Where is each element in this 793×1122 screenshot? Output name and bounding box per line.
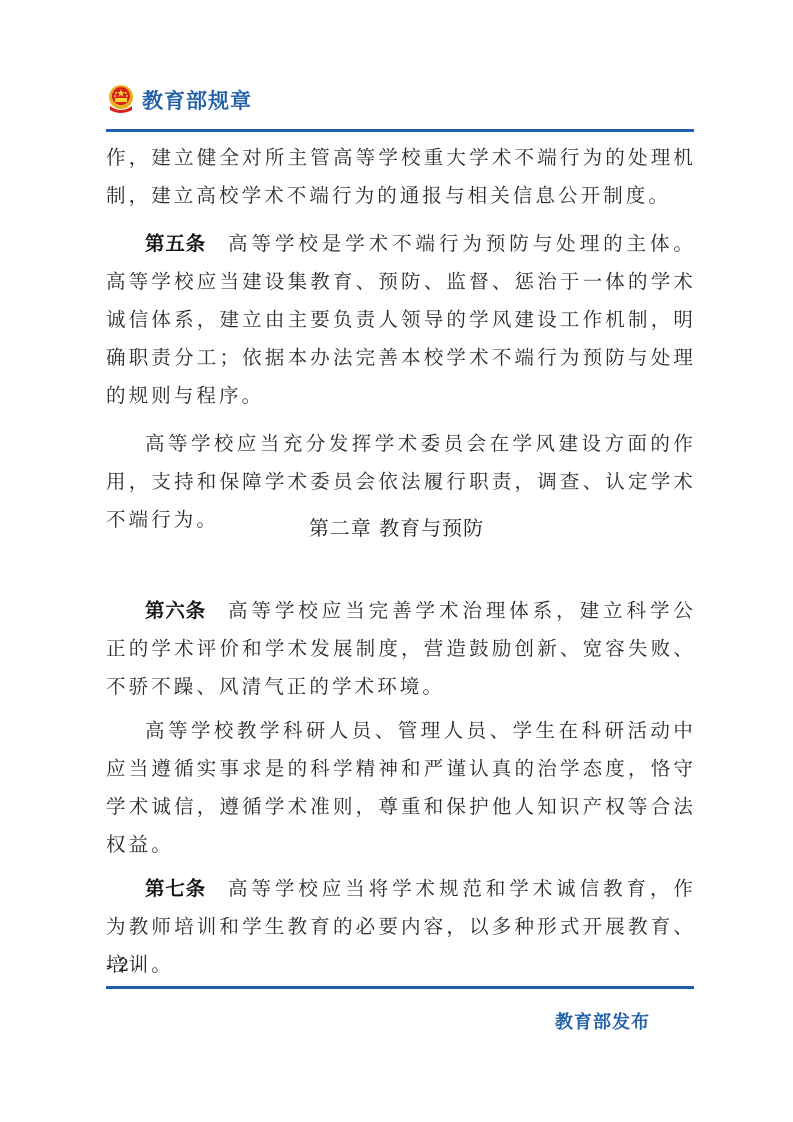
header-title: 教育部规章	[142, 85, 252, 115]
paragraph-continued: 作，建立健全对所主管高等学校重大学术不端行为的处理机制，建立高校学术不端行为的通…	[106, 139, 696, 215]
footer-publisher: 教育部发布	[555, 1008, 650, 1034]
page-number: - 2 -	[106, 955, 141, 976]
article-6-paragraph-2: 高等学校教学科研人员、管理人员、学生在科研活动中应当遵循实事求是的科学精神和严谨…	[106, 712, 696, 864]
article-5: 第五条高等学校是学术不端行为预防与处理的主体。高等学校应当建设集教育、预防、监督…	[106, 225, 696, 415]
footer-divider	[106, 986, 694, 989]
document-header: 教育部规章	[106, 84, 252, 116]
article-5-text: 高等学校是学术不端行为预防与处理的主体。高等学校应当建设集教育、预防、监督、惩治…	[106, 232, 696, 407]
chapter-title: 第二章 教育与预防	[0, 512, 793, 541]
national-emblem-icon	[106, 84, 136, 116]
header-divider	[106, 129, 694, 132]
article-6-label: 第六条	[145, 599, 206, 622]
article-5-label: 第五条	[145, 232, 206, 255]
article-7: 第七条高等学校应当将学术规范和学术诚信教育，作为教师培训和学生教育的必要内容，以…	[106, 870, 696, 984]
document-body: 作，建立健全对所主管高等学校重大学术不端行为的处理机制，建立高校学术不端行为的通…	[106, 139, 696, 539]
document-body-2: 第六条高等学校应当完善学术治理体系，建立科学公正的学术评价和学术发展制度，营造鼓…	[106, 592, 696, 984]
article-6: 第六条高等学校应当完善学术治理体系，建立科学公正的学术评价和学术发展制度，营造鼓…	[106, 592, 696, 706]
article-7-label: 第七条	[145, 877, 206, 900]
